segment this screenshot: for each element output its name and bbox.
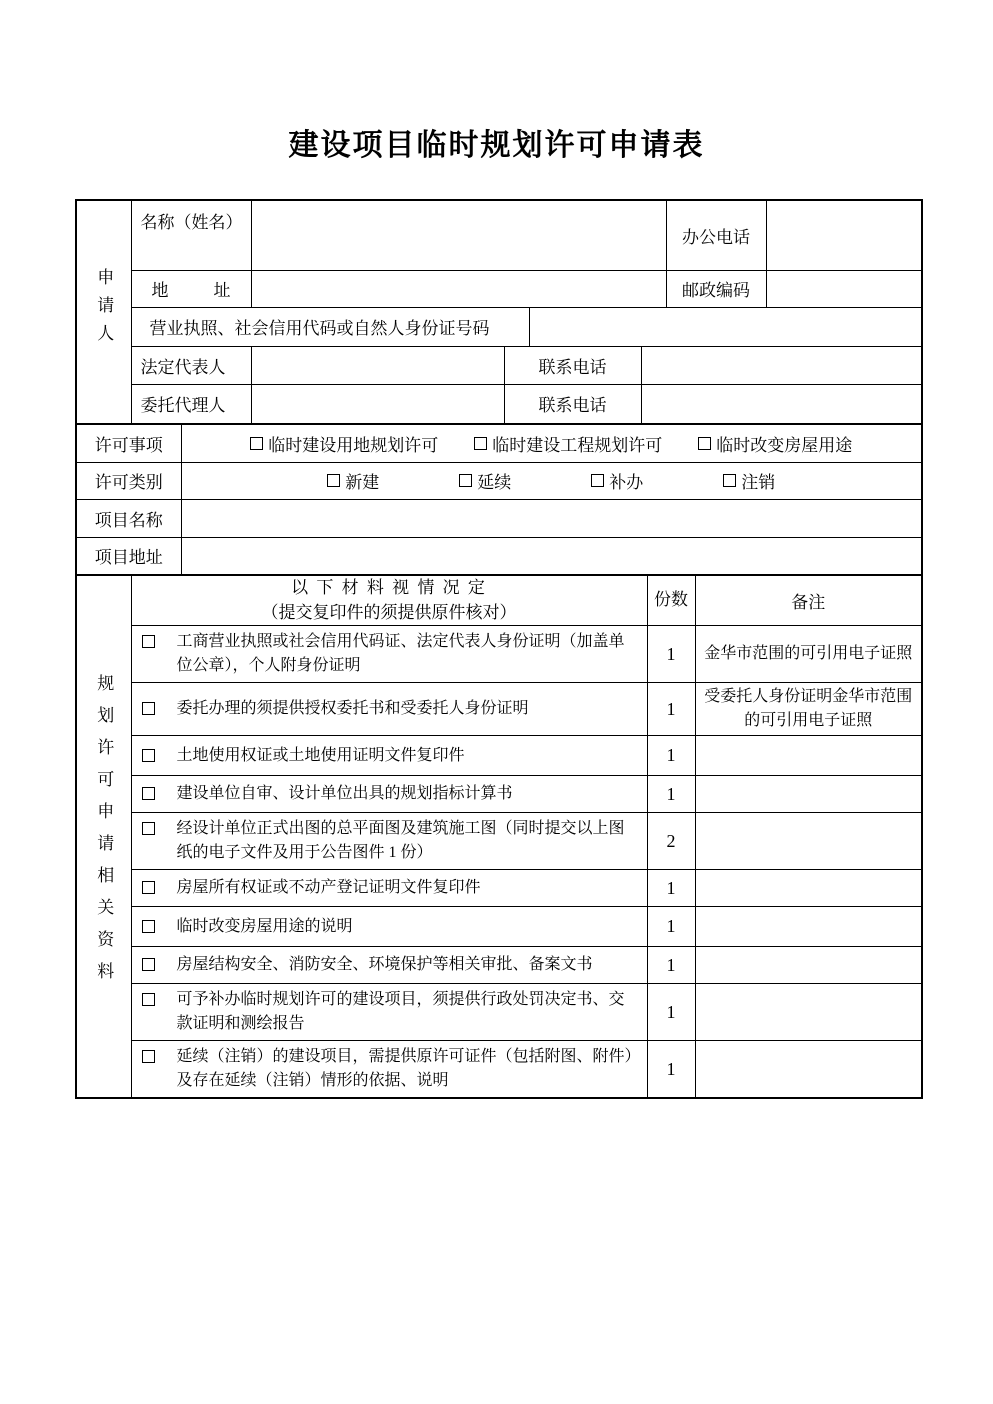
category-option-cancellation: 注销	[723, 468, 775, 493]
agent-input-cell[interactable]	[251, 384, 504, 424]
category-option-retroactive: 补办	[591, 468, 643, 493]
license-number-label: 营业执照、社会信用代码或自然人身份证号码	[131, 307, 529, 346]
retroactive-checkbox[interactable]	[591, 474, 604, 487]
project-name-input-cell[interactable]	[181, 499, 922, 537]
material-1-label: 工商营业执照或社会信用代码证、法定代表人身份证明（加盖单位公章），个人附身份证明	[177, 630, 639, 678]
materials-header-title: 以 下 材 料 视 情 况 定 （提交复印件的须提供原件核对）	[131, 575, 647, 626]
material-7-label: 临时改变房屋用途的说明	[177, 915, 353, 939]
permit-category-options: 新建 延续 补办 注销	[181, 462, 922, 499]
material-4-checkbox[interactable]	[142, 787, 155, 800]
material-2-label: 委托办理的须提供授权委托书和受委托人身份证明	[177, 697, 529, 721]
material-7-remark	[695, 907, 922, 947]
form-page: 建设项目临时规划许可申请表 申请人 名称（姓名） 办公电话 地	[0, 0, 993, 1404]
material-7-count: 1	[647, 907, 695, 947]
material-9-checkbox[interactable]	[142, 993, 155, 1006]
matter-option-temp-use-change: 临时改变房屋用途	[698, 431, 852, 456]
remark-column-header: 备注	[695, 575, 922, 626]
materials-header-line2: （提交复印件的须提供原件核对）	[138, 601, 641, 626]
material-row: 临时改变房屋用途的说明 1	[76, 907, 922, 947]
matter-option-temp-land: 临时建设用地规划许可	[250, 431, 438, 456]
material-2-count: 1	[647, 683, 695, 736]
material-5-label: 经设计单位正式出图的总平面图及建筑施工图（同时提交以上图纸的电子文件及用于公告图…	[177, 817, 639, 865]
temp-land-permit-label: 临时建设用地规划许可	[268, 431, 438, 456]
material-3-label: 土地使用权证或土地使用证明文件复印件	[177, 744, 465, 768]
address-label-right: 址	[214, 276, 231, 301]
address-label: 地 址	[131, 270, 251, 307]
agent-contact-phone-input-cell[interactable]	[641, 384, 922, 424]
legal-rep-contact-phone-input-cell[interactable]	[641, 346, 922, 384]
material-4-count: 1	[647, 776, 695, 813]
materials-header-line1: 以 下 材 料 视 情 况 定	[138, 576, 641, 601]
material-1-count: 1	[647, 626, 695, 683]
office-phone-label: 办公电话	[666, 200, 766, 270]
postal-code-input-cell[interactable]	[766, 270, 922, 307]
name-label: 名称（姓名）	[131, 200, 251, 270]
material-5-count: 2	[647, 813, 695, 870]
materials-section: 规划许可申请相关资料 以 下 材 料 视 情 况 定 （提交复印件的须提供原件核…	[75, 574, 923, 1099]
address-label-left: 地	[152, 276, 169, 301]
material-8-checkbox[interactable]	[142, 958, 155, 971]
cancellation-label: 注销	[741, 468, 775, 493]
material-row: 土地使用权证或土地使用证明文件复印件 1	[76, 736, 922, 776]
page-title: 建设项目临时规划许可申请表	[0, 0, 993, 164]
temp-use-change-label: 临时改变房屋用途	[716, 431, 852, 456]
project-name-label: 项目名称	[76, 499, 181, 537]
permit-category-label: 许可类别	[76, 462, 181, 499]
application-form: 申请人 名称（姓名） 办公电话 地 址 邮政编码 营业执照、社	[75, 199, 921, 1099]
applicant-section: 申请人 名称（姓名） 办公电话 地 址 邮政编码 营业执照、社	[75, 199, 923, 425]
material-6-label: 房屋所有权证或不动产登记证明文件复印件	[177, 876, 481, 900]
material-3-count: 1	[647, 736, 695, 776]
category-option-renewal: 延续	[459, 468, 511, 493]
material-1-remark: 金华市范围的可引用电子证照	[695, 626, 922, 683]
temp-use-change-checkbox[interactable]	[698, 437, 711, 450]
material-5-remark	[695, 813, 922, 870]
permit-matter-options: 临时建设用地规划许可 临时建设工程规划许可 临时改变房屋用途	[181, 424, 922, 462]
project-address-input-cell[interactable]	[181, 537, 922, 575]
agent-label: 委托代理人	[131, 384, 251, 424]
material-9-count: 1	[647, 984, 695, 1041]
legal-representative-input-cell[interactable]	[251, 346, 504, 384]
material-8-remark	[695, 947, 922, 984]
material-9-label: 可予补办临时规划许可的建设项目，须提供行政处罚决定书、交款证明和测绘报告	[177, 988, 639, 1036]
renewal-label: 延续	[477, 468, 511, 493]
category-option-new: 新建	[327, 468, 379, 493]
material-8-label: 房屋结构安全、消防安全、环境保护等相关审批、备案文书	[177, 953, 593, 977]
applicant-side-label: 申请人	[91, 268, 116, 352]
material-row: 委托办理的须提供授权委托书和受委托人身份证明 1 受委托人身份证明金华市范围的可…	[76, 683, 922, 736]
material-row: 工商营业执照或社会信用代码证、法定代表人身份证明（加盖单位公章），个人附身份证明…	[76, 626, 922, 683]
applicant-side-cell: 申请人	[76, 200, 131, 424]
office-phone-input-cell[interactable]	[766, 200, 922, 270]
legal-rep-contact-phone-label: 联系电话	[504, 346, 641, 384]
temp-land-permit-checkbox[interactable]	[250, 437, 263, 450]
legal-representative-label: 法定代表人	[131, 346, 251, 384]
material-4-label: 建设单位自审、设计单位出具的规划指标计算书	[177, 782, 513, 806]
permit-matter-label: 许可事项	[76, 424, 181, 462]
material-10-checkbox[interactable]	[142, 1050, 155, 1063]
materials-side-label: 规划许可申请相关资料	[91, 674, 116, 994]
matter-option-temp-construction: 临时建设工程规划许可	[474, 431, 662, 456]
materials-side-cell: 规划许可申请相关资料	[76, 575, 131, 1098]
material-1-checkbox[interactable]	[142, 635, 155, 648]
material-7-checkbox[interactable]	[142, 920, 155, 933]
material-row: 可予补办临时规划许可的建设项目，须提供行政处罚决定书、交款证明和测绘报告 1	[76, 984, 922, 1041]
cancellation-checkbox[interactable]	[723, 474, 736, 487]
project-address-label: 项目地址	[76, 537, 181, 575]
temp-construction-permit-checkbox[interactable]	[474, 437, 487, 450]
renewal-checkbox[interactable]	[459, 474, 472, 487]
material-4-remark	[695, 776, 922, 813]
material-6-checkbox[interactable]	[142, 881, 155, 894]
material-row: 经设计单位正式出图的总平面图及建筑施工图（同时提交以上图纸的电子文件及用于公告图…	[76, 813, 922, 870]
material-9-remark	[695, 984, 922, 1041]
material-10-remark	[695, 1041, 922, 1099]
material-10-label: 延续（注销）的建设项目，需提供原许可证件（包括附图、附件）及存在延续（注销）情形…	[177, 1045, 639, 1093]
material-row: 房屋所有权证或不动产登记证明文件复印件 1	[76, 870, 922, 907]
material-2-remark: 受委托人身份证明金华市范围的可引用电子证照	[695, 683, 922, 736]
material-row: 房屋结构安全、消防安全、环境保护等相关审批、备案文书 1	[76, 947, 922, 984]
material-10-count: 1	[647, 1041, 695, 1099]
material-6-count: 1	[647, 870, 695, 907]
agent-contact-phone-label: 联系电话	[504, 384, 641, 424]
name-input-cell[interactable]	[251, 200, 666, 270]
material-row: 建设单位自审、设计单位出具的规划指标计算书 1	[76, 776, 922, 813]
material-5-checkbox[interactable]	[142, 822, 155, 835]
temp-construction-permit-label: 临时建设工程规划许可	[492, 431, 662, 456]
count-column-header: 份数	[647, 575, 695, 626]
material-3-remark	[695, 736, 922, 776]
license-number-input-cell[interactable]	[529, 307, 922, 346]
material-2-checkbox[interactable]	[142, 702, 155, 715]
retroactive-label: 补办	[609, 468, 643, 493]
postal-code-label: 邮政编码	[666, 270, 766, 307]
address-input-cell[interactable]	[251, 270, 666, 307]
material-8-count: 1	[647, 947, 695, 984]
material-row: 延续（注销）的建设项目，需提供原许可证件（包括附图、附件）及存在延续（注销）情形…	[76, 1041, 922, 1099]
permit-section: 许可事项 临时建设用地规划许可 临时建设工程规划许可 临	[75, 423, 923, 576]
new-checkbox[interactable]	[327, 474, 340, 487]
new-label: 新建	[345, 468, 379, 493]
material-6-remark	[695, 870, 922, 907]
material-3-checkbox[interactable]	[142, 749, 155, 762]
